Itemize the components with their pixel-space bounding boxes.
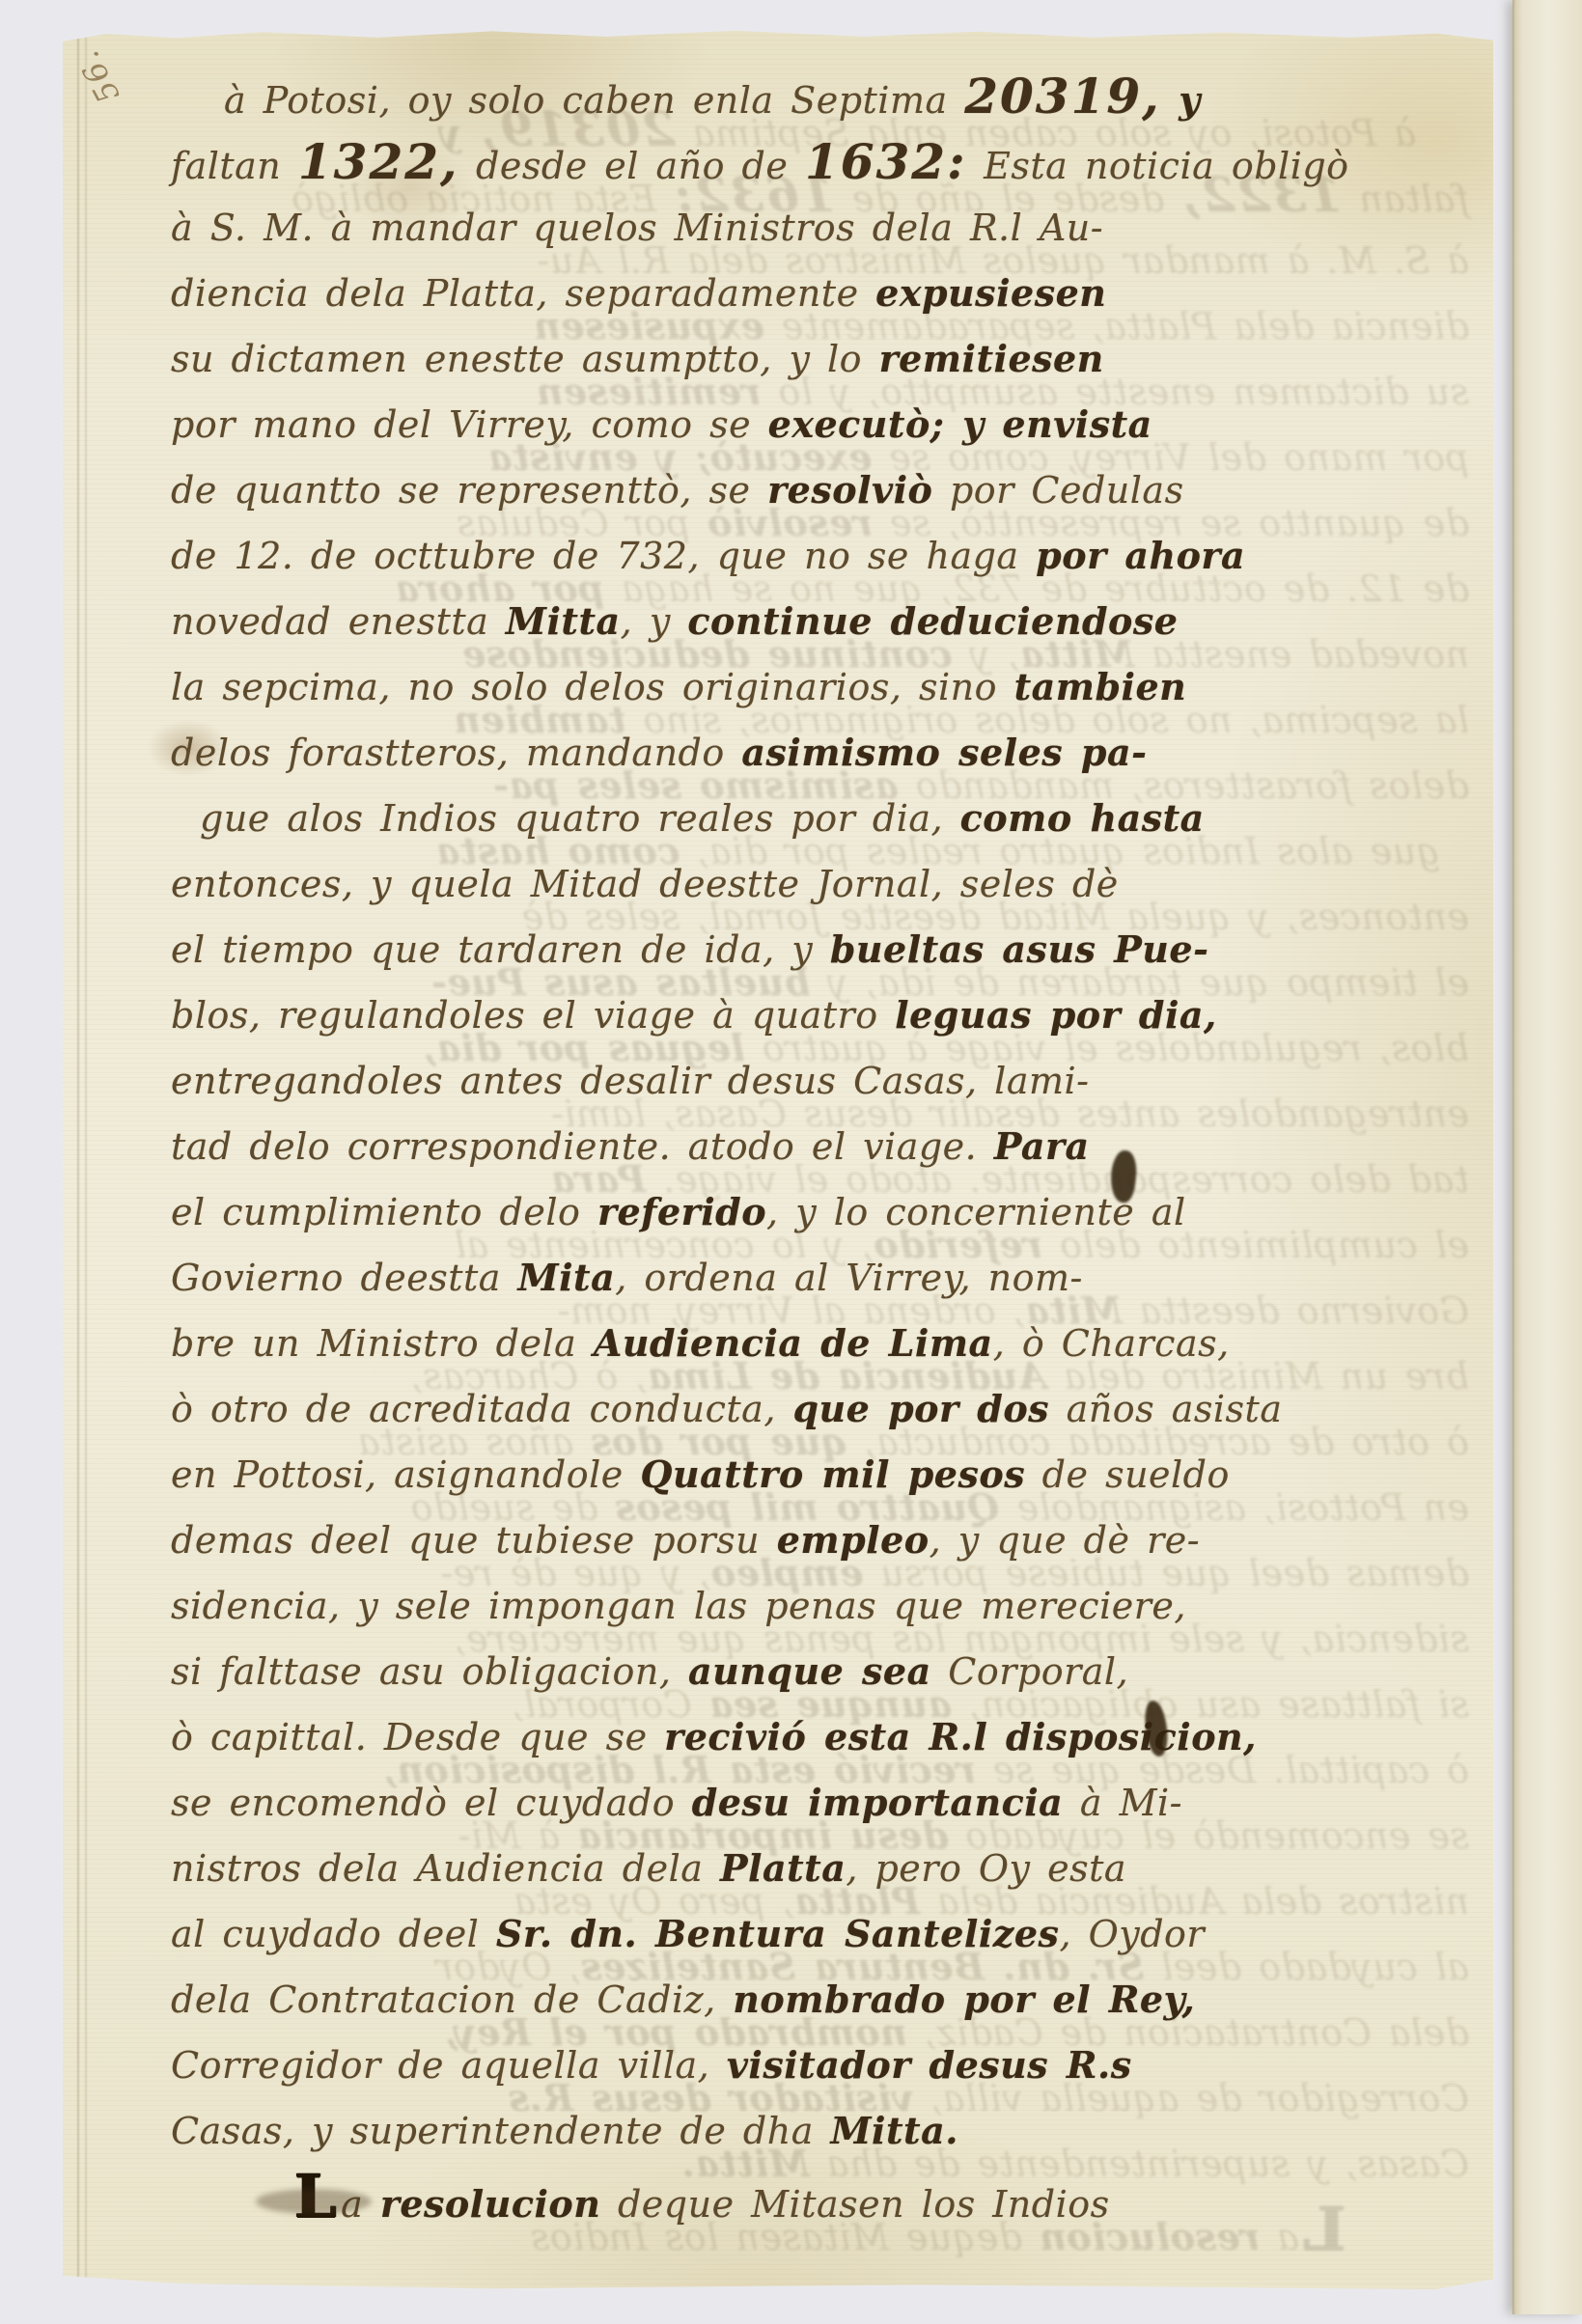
ink-smudge	[256, 2189, 372, 2214]
manuscript-line: faltan 1322, desde el año de 1632: Esta …	[171, 129, 1469, 195]
text-segment: el tiempo que tardaren de ida, y	[171, 928, 830, 971]
manuscript-line: al cuydado deel Sr. dn. Bentura Santeliz…	[171, 1901, 1469, 1967]
text-segment: dela Contratacion de Cadiz,	[171, 1978, 733, 2021]
text-segment: Esta noticia obligò	[967, 145, 1349, 187]
text-segment: de 12. de octtubre de 732, que no se hag…	[171, 535, 1036, 577]
text-segment: à Mi-	[1063, 1782, 1182, 1824]
text-segment: empleo	[777, 1518, 930, 1562]
text-segment: bre un Ministro dela	[171, 1322, 594, 1365]
manuscript-line: delos forastteros, mandando asimismo sel…	[171, 720, 1469, 786]
manuscript-page: 56. à Potosi, oy solo caben enla Septima…	[63, 29, 1493, 2289]
text-segment: como hasta	[960, 796, 1205, 840]
manuscript-line: Casas, y superintendente de dha Mitta.	[171, 2098, 1469, 2164]
text-segment: de sueldo	[1025, 1453, 1230, 1496]
text-segment: faltan	[171, 145, 298, 187]
text-segment: si falttase asu obligacion,	[171, 1650, 688, 1693]
text-segment: ò capittal. Desde que se	[171, 1716, 664, 1758]
manuscript-line: blos, regulandoles el viage à quatro leg…	[171, 982, 1469, 1048]
text-segment: aunque sea	[688, 1649, 931, 1693]
text-segment: remitiesen	[879, 337, 1104, 380]
text-segment: Govierno deestta	[171, 1257, 518, 1299]
text-segment: Mitta.	[830, 2109, 958, 2152]
text-segment: nistros dela Audiencia dela	[171, 1847, 720, 1890]
manuscript-line: diencia dela Platta, separadamente expus…	[171, 261, 1469, 326]
text-segment: expusiesen	[875, 271, 1106, 315]
text-segment: Quattro mil pesos	[640, 1452, 1025, 1496]
numeral: 20319,	[964, 68, 1160, 124]
text-segment: Audiencia de Lima	[594, 1321, 993, 1365]
manuscript-line: Corregidor de aquella villa, visitador d…	[171, 2033, 1469, 2098]
manuscript-line: el tiempo que tardaren de ida, y bueltas…	[171, 917, 1469, 982]
manuscript-line: ò otro de acreditada conducta, que por d…	[171, 1376, 1469, 1442]
manuscript-line: entonces, y quela Mitad deestte Jornal, …	[171, 851, 1469, 917]
manuscript-line: en Pottosi, asignandole Quattro mil peso…	[171, 1442, 1469, 1508]
text-segment: entonces, y quela Mitad deestte Jornal, …	[171, 863, 1119, 905]
text-segment: à S. M. à mandar quelos Ministros dela R…	[171, 207, 1103, 249]
manuscript-line: de 12. de octtubre de 732, que no se hag…	[171, 523, 1469, 589]
text-segment: Casas, y superintendente de dha	[171, 2110, 830, 2152]
manuscript-line: demas deel que tubiese porsu empleo, y q…	[171, 1508, 1469, 1573]
manuscript-line: à Potosi, oy solo caben enla Septima 203…	[171, 64, 1469, 129]
text-segment: el cumplimiento delo	[171, 1191, 597, 1233]
text-segment: Mita	[518, 1256, 616, 1299]
text-segment: , y	[621, 600, 688, 643]
text-segment: al cuydado deel	[171, 1913, 496, 1955]
text-segment: leguas por dia,	[895, 993, 1217, 1037]
text-segment: Mitta	[506, 599, 621, 643]
manuscript-line: el cumplimiento delo referido, y lo conc…	[171, 1179, 1469, 1245]
text-segment: resolucion	[380, 2182, 601, 2226]
manuscript-line: dela Contratacion de Cadiz, nombrado por…	[171, 1967, 1469, 2033]
text-segment: blos, regulandoles el viage à quatro	[171, 994, 895, 1037]
text-segment: sidencia, y sele impongan las penas que …	[171, 1585, 1186, 1627]
text-segment: deque Mitasen los Indios	[600, 2183, 1109, 2226]
text-segment: se encomendò el cuydado	[171, 1782, 692, 1824]
text-segment: años asista	[1049, 1388, 1282, 1430]
text-segment: la sepcima, no solo delos originarios, s…	[171, 666, 1014, 708]
manuscript-line: si falttase asu obligacion, aunque sea C…	[171, 1639, 1469, 1704]
text-segment: Platta	[720, 1846, 846, 1890]
text-segment: , ò Charcas,	[993, 1322, 1230, 1365]
text-segment: continue deduciendose	[687, 599, 1178, 643]
text-segment: demas deel que tubiese porsu	[171, 1519, 777, 1562]
text-segment: novedad enestta	[171, 600, 506, 643]
manuscript-line: por mano del Virrey, como se executò; y …	[171, 392, 1469, 457]
text-segment: diencia dela Platta, separadamente	[171, 272, 875, 315]
text-segment: tambien	[1014, 665, 1187, 708]
text-segment: gue alos Indios quatro reales por dia,	[200, 797, 960, 840]
text-segment: recivió esta R.l disposicion,	[664, 1715, 1257, 1758]
text-segment: Corporal,	[931, 1650, 1128, 1693]
manuscript-line: de quantto se representtò, se resolviò p…	[171, 457, 1469, 523]
text-segment: de quantto se representtò, se	[171, 469, 767, 512]
text-segment: nombrado por el Rey,	[733, 1978, 1195, 2021]
text-segment: , y que dè re-	[930, 1519, 1200, 1562]
text-segment: à Potosi, oy solo caben enla Septima	[224, 79, 964, 122]
text-segment: entregandoles antes desalir desus Casas,…	[171, 1060, 1090, 1102]
text-segment: resolviò	[767, 468, 932, 512]
text-segment: asimismo seles pa-	[741, 731, 1147, 774]
manuscript-line: à S. M. à mandar quelos Ministros dela R…	[171, 195, 1469, 261]
adjacent-page-edge	[1513, 0, 1582, 2314]
text-segment: , ordena al Virrey, nom-	[615, 1257, 1083, 1299]
text-segment: executò; y envista	[768, 402, 1152, 446]
manuscript-line: novedad enestta Mitta, y continue deduci…	[171, 589, 1469, 654]
text-segment: Sr. dn. Bentura Santelizes	[496, 1912, 1060, 1955]
text-segment: su dictamen enestte asumptto, y lo	[171, 338, 879, 380]
manuscript-line: sidencia, y sele impongan las penas que …	[171, 1573, 1469, 1639]
text-segment: referido	[597, 1190, 766, 1233]
numeral: 1322,	[298, 133, 459, 190]
manuscript-line: bre un Ministro dela Audiencia de Lima, …	[171, 1311, 1469, 1376]
manuscript-line: gue alos Indios quatro reales por dia, c…	[171, 786, 1469, 851]
manuscript-line: nistros dela Audiencia dela Platta, pero…	[171, 1836, 1469, 1901]
text-segment: por Cedulas	[932, 469, 1183, 512]
text-segment: desu importancia	[692, 1781, 1064, 1824]
manuscript-line: se encomendò el cuydado desu importancia…	[171, 1770, 1469, 1836]
manuscript-line: tad delo correspondiente. atodo el viage…	[171, 1114, 1469, 1179]
manuscript-line: entregandoles antes desalir desus Casas,…	[171, 1048, 1469, 1114]
text-segment: Corregidor de aquella villa,	[171, 2044, 727, 2087]
text-segment: por mano del Virrey, como se	[171, 403, 768, 446]
text-segment: , Oydor	[1059, 1913, 1205, 1955]
text-segment: Para	[994, 1124, 1090, 1168]
text-segment: que por dos	[792, 1387, 1049, 1430]
text-segment: , pero Oy esta	[846, 1847, 1126, 1890]
text-segment: en Pottosi, asignandole	[171, 1453, 640, 1496]
manuscript-line: Govierno deestta Mita, ordena al Virrey,…	[171, 1245, 1469, 1311]
manuscript-line: su dictamen enestte asumptto, y lo remit…	[171, 326, 1469, 392]
text-segment: bueltas asus Pue-	[830, 927, 1209, 971]
page-fold-lines	[76, 29, 90, 2289]
text-segment: tad delo correspondiente. atodo el viage…	[171, 1125, 994, 1168]
manuscript-text-layer: à Potosi, oy solo caben enla Septima 203…	[171, 64, 1469, 2229]
text-segment: visitador desus R.s	[727, 2043, 1132, 2087]
text-segment: delos forastteros, mandando	[171, 732, 741, 774]
text-segment: por ahora	[1036, 534, 1245, 577]
numeral: 1632:	[805, 133, 967, 190]
text-segment: y	[1161, 78, 1201, 122]
text-segment: desde el año de	[458, 145, 805, 187]
manuscript-line: ò capittal. Desde que se recivió esta R.…	[171, 1704, 1469, 1770]
manuscript-line: la sepcima, no solo delos originarios, s…	[171, 654, 1469, 720]
text-segment: ò otro de acreditada conducta,	[171, 1388, 792, 1430]
